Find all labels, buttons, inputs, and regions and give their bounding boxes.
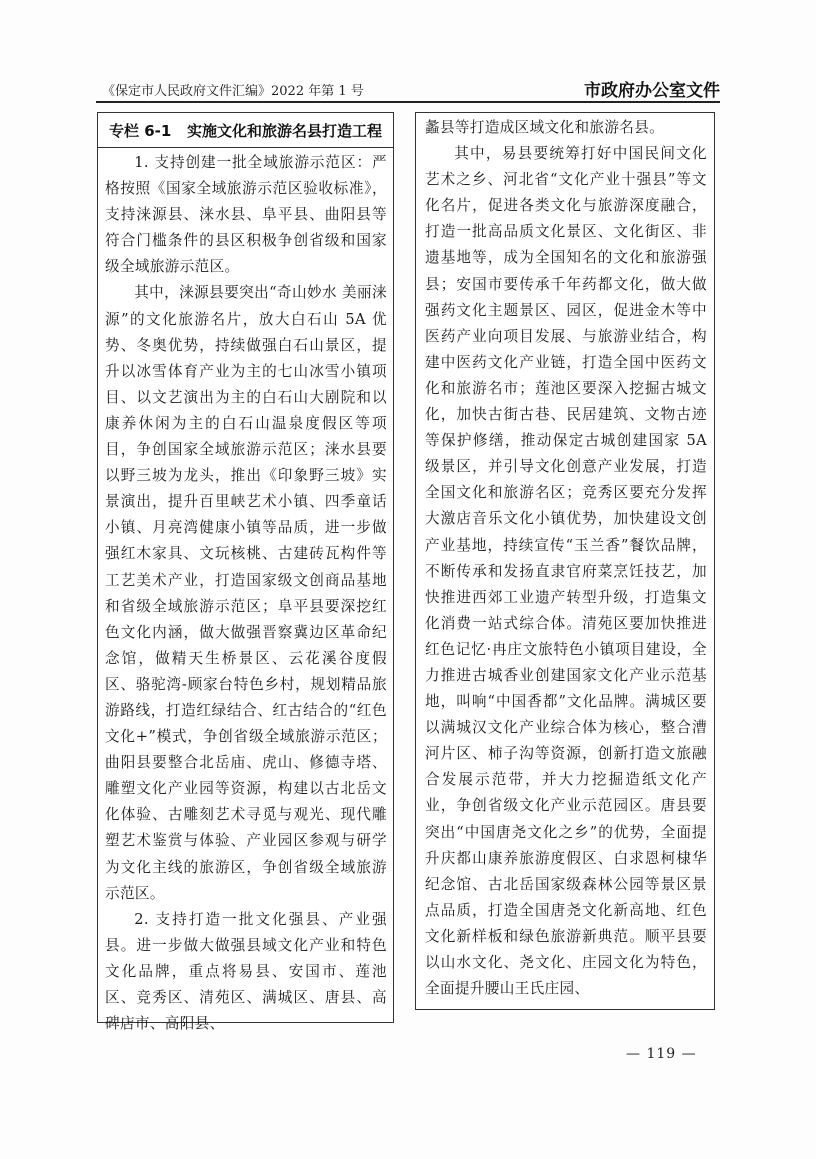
page-number: — 119 — (626, 1046, 697, 1062)
paragraph: 1. 支持创建一批全域旅游示范区：严格按照《国家全域旅游示范区验收标准》，支持涞… (105, 150, 387, 280)
box-body-right: 蠡县等打造成区域文化和旅游名县。 其中，易县要统筹打好中国民间文化艺术之乡、河北… (416, 113, 714, 1002)
paragraph: 蠡县等打造成区域文化和旅游名县。 (425, 115, 707, 141)
header-rule (96, 101, 720, 103)
sidebar-box-right-column: 蠡县等打造成区域文化和旅游名县。 其中，易县要统筹打好中国民间文化艺术之乡、河北… (415, 112, 715, 1010)
box-title: 专栏 6-1 实施文化和旅游名县打造工程 (98, 113, 393, 148)
box-body-left: 1. 支持创建一批全域旅游示范区：严格按照《国家全域旅游示范区验收标准》，支持涞… (98, 148, 393, 1037)
running-header-section: 市政府办公室文件 (584, 76, 720, 101)
paragraph: 其中，易县要统筹打好中国民间文化艺术之乡、河北省“文化产业十强县”等文化名片，促… (425, 141, 707, 1002)
running-header-publication: 《保定市人民政府文件汇编》2022 年第 1 号 (102, 80, 364, 99)
paragraph: 其中，涞源县要突出“奇山妙水 美丽涞源”的文化旅游名片，放大白石山 5A 优势、… (105, 280, 387, 906)
sidebar-box-left-column: 专栏 6-1 实施文化和旅游名县打造工程 1. 支持创建一批全域旅游示范区：严格… (97, 112, 394, 1023)
paragraph: 2. 支持打造一批文化强县、产业强县。进一步做大做强县域文化产业和特色文化品牌，… (105, 907, 387, 1037)
